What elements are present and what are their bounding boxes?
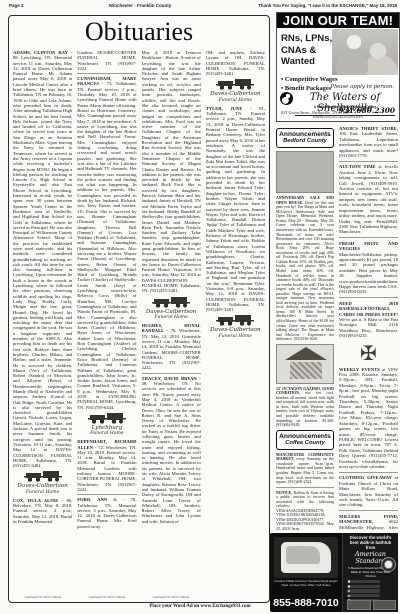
classified-lead: MANCHESTER COMMUNITY MARKET, xyxy=(276,453,334,462)
classified-ad: NEED 2018 BASEBALL/FOOTBALL CARDS OR PRE… xyxy=(339,297,398,338)
feature-bar xyxy=(347,580,380,583)
vfw-emblem-icon: ✠ xyxy=(339,341,398,365)
section-title: Winchester - Franklin County xyxy=(60,3,220,9)
horse-carriage-icon xyxy=(88,413,126,424)
walk-in-bathtub-ad: Includes FREE American Standard Right He… xyxy=(270,533,398,612)
building-photo xyxy=(276,151,334,193)
obituary-name: DEPENHART, RICHARD ALLEN xyxy=(77,439,136,449)
obituary-name: TYLER, JUNE xyxy=(206,106,250,111)
anniversary-seal-icon xyxy=(381,557,396,572)
obituaries-columns: ADAMS, CLINTON RAY - 88, Lynchburg, TN. … xyxy=(13,50,265,589)
tub-feature-list xyxy=(347,580,380,603)
join-ad-headline: JOIN OUR TEAM! xyxy=(277,13,399,28)
roles-line: Wanted xyxy=(281,56,332,68)
classified-lead: MILLERS POND, MANCHESTER, xyxy=(339,514,398,524)
obituary-continuation: Gardens. MOORE-CORTNER FUNERAL HOME, Win… xyxy=(77,50,136,71)
feature-bar xyxy=(347,589,380,592)
feature-bar xyxy=(347,594,380,597)
announcements-title: Announcements xyxy=(278,131,332,138)
obituary-entry: TYLER, JUNE - 81, Tullahoma, TN. Funeral… xyxy=(206,106,265,313)
announcements-county: Coffee County xyxy=(278,440,332,447)
announcements-county: Bedford County xyxy=(278,138,332,145)
classified-lead: WEEKLY EVENTS xyxy=(339,367,382,372)
classified-ad: ANNIVERSARY SALE AND OPEN HOUSE. Don't l… xyxy=(276,196,334,342)
horse-carriage-icon xyxy=(152,297,190,308)
obituary-entry: COX, HULA ALINE - 86, Belvidere, TN. May… xyxy=(13,498,72,524)
classified-ad: MILLERS POND, MANCHESTER, 6042 McMinnvil… xyxy=(339,510,398,530)
obituary-entry: DEPENHART, RICHARD ALLEN - 72, Wincheste… xyxy=(77,439,136,492)
obituary-continuation: May 4, 2018 at Tennova Healthcare - Hart… xyxy=(142,50,201,294)
obituary-entry: CUNNINGHAM, MARY FRANCES - 73, Tullahoma… xyxy=(77,73,136,410)
obituary-column-4: OH; and nephew, Zachary Lycans of OH. DA… xyxy=(206,50,265,589)
daves-funeral-home-logo: Daves-CulbertsonFuneral Home xyxy=(206,79,265,102)
bathtub-photo xyxy=(274,537,338,578)
announcements-header: AnnouncementsCoffee County xyxy=(276,430,334,450)
obituary-continuation: OH; and nephew, Zachary Lycans of OH. DA… xyxy=(206,50,265,76)
obituary-name: TRACEY, DAVID BRYAN xyxy=(142,376,200,381)
gazebo-photo xyxy=(276,344,334,384)
tub-thumbnails xyxy=(347,600,396,610)
join-ad-roles: RNs, LPNs, CNAs & Wanted xyxy=(281,33,332,68)
page-running-header: Page 2 Winchester - Franklin County Than… xyxy=(0,2,400,12)
classified-ad: CLOTHING GIVEAWAY at Fredonia Church of … xyxy=(339,472,398,508)
lynchburg-funeral-home-logo: LynchburgFuneral Home xyxy=(77,413,136,436)
tub-ad-right: Discover the world's best walk-in bathtu… xyxy=(342,533,398,612)
obituary-entry: FORD, ANN S. - 78, Tullahoma, TN. Memori… xyxy=(77,494,136,529)
obituaries-title: Obituaries xyxy=(9,17,269,47)
daves-funeral-home-logo: Daves-CulbertsonFuneral Home xyxy=(206,315,265,338)
continued-note: Continued On Next Column xyxy=(141,595,200,599)
tub-offer-note: Includes FREE American Standard Right He… xyxy=(273,580,339,587)
funeral-home-name: Daves-Culbertson xyxy=(206,327,265,333)
join-ad-benefits: • Competitive Wages • Benefit Packages xyxy=(281,76,337,93)
funeral-home-name: Funeral Home xyxy=(206,98,265,103)
obituary-name: COX, HULA ALINE xyxy=(13,498,62,503)
classified-ad: 12' OCTAGON GAZEBO, GOOD CONDITION, two … xyxy=(276,387,334,428)
announcements-right-column: ANGIE'S THRIFT STORE, 106 East Lauderdal… xyxy=(339,126,398,530)
tub-ad-heading: Discover the world's best walk-in bathtu… xyxy=(347,536,394,551)
announcements-title: Announcements xyxy=(278,433,332,440)
classified-ad: FRESH FRUIT AND VEGGIES Manchester/Tulla… xyxy=(339,237,398,295)
classified-ad: WEEKLY EVENTS at VFW Post 4388: Karaoke,… xyxy=(339,367,398,470)
word-ad-footer: Place your Word Ad on www.Exchange931.co… xyxy=(95,604,305,610)
funeral-home-name: Funeral Home xyxy=(142,315,201,320)
announcements-region: AnnouncementsBedford CountyANNIVERSARY S… xyxy=(276,126,398,530)
classified-lead: ANNIVERSARY SALE AND OPEN HOUSE. xyxy=(276,196,334,205)
roles-line: RNs, LPNs, xyxy=(281,33,332,45)
horse-carriage-icon xyxy=(24,471,62,482)
obituary-column-1: ADAMS, CLINTON RAY - 88, Lynchburg, TN. … xyxy=(13,50,72,589)
obituary-name: CUNNINGHAM, MARY FRANCES xyxy=(77,76,136,86)
feature-bar xyxy=(347,585,380,588)
tub-ad-left: Includes FREE American Standard Right He… xyxy=(270,533,342,612)
classified-ad: AUCTION TIME at Jewells Auction, June 2,… xyxy=(339,161,398,235)
page-number: Page 2 xyxy=(9,3,24,9)
classified-lead: NEED 2018 BASEBALL/FOOTBALL CARDS OR PRE… xyxy=(339,301,398,317)
classified-lead: 12' OCTAGON GAZEBO, GOOD CONDITION, xyxy=(276,387,334,396)
horse-carriage-icon xyxy=(216,79,254,90)
slogan-date: Thank You For Saying, "I saw it in the E… xyxy=(258,3,397,9)
horse-carriage-icon xyxy=(216,315,254,326)
classified-lead: FRESH FRUIT AND VEGGIES xyxy=(339,241,398,251)
classified-lead: AUCTION TIME xyxy=(339,164,378,169)
apply-note: Please apply in person. xyxy=(331,84,394,90)
funeral-home-name: Funeral Home xyxy=(77,431,136,436)
obituary-name: HUGHES, HOYAL RANDALL xyxy=(142,323,201,333)
funeral-home-name: Daves-Culbertson xyxy=(206,91,265,97)
roles-line: CNAs & xyxy=(281,45,332,57)
nurse-patient-photo xyxy=(332,29,398,75)
facility-phone: 931.680.2300 xyxy=(338,107,395,115)
obituary-name: FORD, ANN S. xyxy=(77,497,123,502)
daves-funeral-home-logo: Daves-CulbertsonFuneral Home xyxy=(142,297,201,320)
obituary-column-2: Gardens. MOORE-CORTNER FUNERAL HOME, Win… xyxy=(77,50,136,589)
funeral-home-name: Funeral Home xyxy=(13,490,72,495)
obituary-entry: ADAMS, CLINTON RAY - 88, Lynchburg, TN. … xyxy=(13,50,72,468)
obituaries-section: Obituaries ADAMS, CLINTON RAY - 88, Lync… xyxy=(8,15,270,603)
swan-logo-icon xyxy=(280,92,293,105)
classified-lead: NOTICE, xyxy=(276,491,294,495)
newspaper-page: Page 2 Winchester - Franklin County Than… xyxy=(0,0,400,614)
obituary-name: ADAMS, CLINTON RAY xyxy=(13,50,71,55)
funeral-home-name: Funeral Home xyxy=(206,334,265,339)
classified-ad: MANCHESTER COMMUNITY MARKET, every Satur… xyxy=(276,453,334,485)
classified-ad: ANGIE'S THRIFT STORE, 106 East Lauderdal… xyxy=(339,126,398,158)
announcements-left-column: AnnouncementsBedford CountyANNIVERSARY S… xyxy=(276,126,334,530)
continued-note: Continued On Next Column xyxy=(13,595,72,599)
obituary-entry: HUGHES, HOYAL RANDALL - 76, Winchester, … xyxy=(142,323,201,371)
join-our-team-ad: JOIN OUR TEAM! RNs, LPNs, CNAs & Wanted … xyxy=(276,12,400,122)
obituary-column-3: May 4, 2018 at Tennova Healthcare - Hart… xyxy=(142,50,201,589)
eoe-disclaimer: EOE/Minorities/Females/Vet/Disability xyxy=(277,116,399,119)
announcements-header: AnnouncementsBedford County xyxy=(276,128,334,148)
obituary-entry: TRACEY, DAVID BRYAN - 48, Winchester, TN… xyxy=(142,373,201,524)
funeral-home-name: Daves-Culbertson xyxy=(13,483,72,489)
funeral-home-name: Daves-Culbertson xyxy=(142,309,201,315)
classified-ad: NOTICE, Rollins & Sons is having a publi… xyxy=(276,487,334,530)
daves-funeral-home-logo: Daves-CulbertsonFuneral Home xyxy=(13,471,72,494)
benefit-item: • Competitive Wages xyxy=(281,76,337,85)
classified-lead: CLOTHING GIVEAWAY xyxy=(339,475,395,480)
continued-note: Continued On Next Column xyxy=(77,595,136,599)
classified-lead: ANGIE'S THRIFT STORE, xyxy=(339,126,398,131)
